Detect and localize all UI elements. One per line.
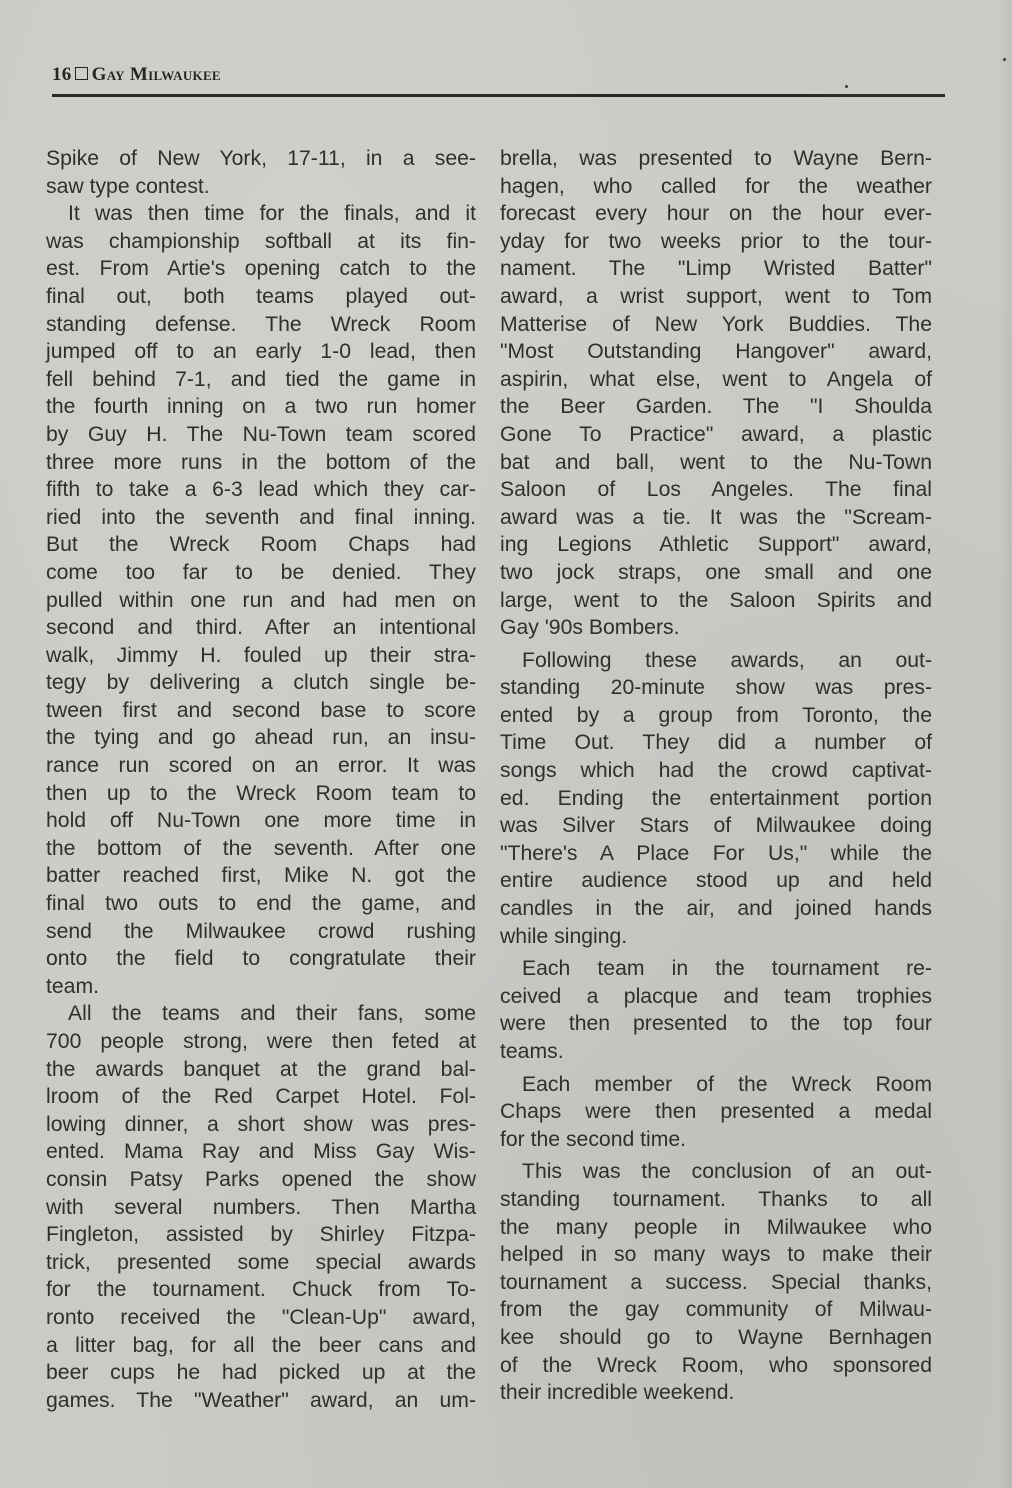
text-line: second and third. After an intentional [46, 614, 476, 642]
text-line: was championship softball at its fin- [46, 228, 476, 256]
paragraph: Each team in the tournament re- ceived a… [500, 955, 932, 1065]
text-line: entire audience stood up and held [500, 867, 932, 895]
paragraph: Spike of New York, 17-11, in a see- saw … [46, 145, 476, 200]
text-line: the Beer Garden. The "I Shoulda [500, 393, 932, 421]
text-line: rance run scored on an error. It was [46, 752, 476, 780]
paragraph: This was the conclusion of an out- stand… [500, 1158, 932, 1406]
text-line: Following these awards, an out- [500, 647, 932, 675]
text-line: three more runs in the bottom of the [46, 449, 476, 477]
paragraph: Following these awards, an out- standing… [500, 647, 932, 951]
text-line: forecast every hour on the hour ever- [500, 200, 932, 228]
text-line: aspirin, what else, went to Angela of [500, 366, 932, 394]
text-line: brella, was presented to Wayne Bern- [500, 145, 932, 173]
text-line: their incredible weekend. [500, 1379, 932, 1407]
text-line: a litter bag, for all the beer cans and [46, 1332, 476, 1360]
text-line: "There's A Place For Us," while the [500, 840, 932, 868]
text-line: games. The "Weather" award, an um- [46, 1387, 476, 1415]
text-line: tegy by delivering a clutch single be- [46, 669, 476, 697]
text-line: Gone To Practice" award, a plastic [500, 421, 932, 449]
text-line: with several numbers. Then Martha [46, 1194, 476, 1222]
text-line: kee should go to Wayne Bernhagen [500, 1324, 932, 1352]
text-line: It was then time for the finals, and it [46, 200, 476, 228]
text-line: Saloon of Los Angeles. The final [500, 476, 932, 504]
text-line: songs which had the crowd captivat- [500, 757, 932, 785]
text-line: ented. Mama Ray and Miss Gay Wis- [46, 1138, 476, 1166]
text-line: fifth to take a 6-3 lead which they car- [46, 476, 476, 504]
text-line: team. [46, 973, 476, 1001]
text-line: standing defense. The Wreck Room [46, 311, 476, 339]
text-line: nament. The "Limp Wristed Batter" [500, 255, 932, 283]
text-line: ceived a placque and team trophies [500, 983, 932, 1011]
text-line: ronto received the "Clean-Up" award, [46, 1304, 476, 1332]
text-line: from the gay community of Milwau- [500, 1296, 932, 1324]
text-line: the tying and go ahead run, an insu- [46, 724, 476, 752]
text-line: All the teams and their fans, some [46, 1000, 476, 1028]
text-line: saw type contest. [46, 173, 476, 201]
page-edge-shadow [998, 0, 1012, 1488]
text-line: of the Wreck Room, who sponsored [500, 1352, 932, 1380]
text-line: Matterise of New York Buddies. The [500, 311, 932, 339]
running-header: 16Gay Milwaukee [52, 62, 945, 98]
text-line: Gay '90s Bombers. [500, 614, 932, 642]
text-line: ed. Ending the entertainment portion [500, 785, 932, 813]
text-line: tween first and second base to score [46, 697, 476, 725]
text-line: 700 people strong, were then feted at [46, 1028, 476, 1056]
text-line: ried into the seventh and final inning. [46, 504, 476, 532]
text-line: est. From Artie's opening catch to the [46, 255, 476, 283]
text-line: yday for two weeks prior to the tour- [500, 228, 932, 256]
paragraph: It was then time for the finals, and it … [46, 200, 476, 1000]
text-line: award was a tie. It was the "Scream- [500, 504, 932, 532]
text-line: by Guy H. The Nu-Town team scored [46, 421, 476, 449]
text-line: ented by a group from Toronto, the [500, 702, 932, 730]
text-line: consin Patsy Parks opened the show [46, 1166, 476, 1194]
text-line: trick, presented some special awards [46, 1249, 476, 1277]
text-line: batter reached first, Mike N. got the [46, 862, 476, 890]
text-line: Chaps were then presented a medal [500, 1098, 932, 1126]
header-text: 16Gay Milwaukee [52, 64, 221, 86]
text-line: Time Out. They did a number of [500, 729, 932, 757]
text-line: final two outs to end the game, and [46, 890, 476, 918]
text-line: come too far to be denied. They [46, 559, 476, 587]
text-line: hold off Nu-Town one more time in [46, 807, 476, 835]
text-line: Each team in the tournament re- [500, 955, 932, 983]
text-line: bat and ball, went to the Nu-Town [500, 449, 932, 477]
text-line: beer cups he had picked up at the [46, 1359, 476, 1387]
text-line: while singing. [500, 923, 932, 951]
text-line: lowing dinner, a short show was pres- [46, 1111, 476, 1139]
text-line: two jock straps, one small and one [500, 559, 932, 587]
text-line: standing 20-minute show was pres- [500, 674, 932, 702]
text-line: the many people in Milwaukee who [500, 1214, 932, 1242]
text-line: helped in so many ways to make their [500, 1241, 932, 1269]
text-line: fell behind 7-1, and tied the game in [46, 366, 476, 394]
print-speck [1003, 58, 1006, 61]
text-line: Each member of the Wreck Room [500, 1071, 932, 1099]
text-line: large, went to the Saloon Spirits and [500, 587, 932, 615]
text-line: Spike of New York, 17-11, in a see- [46, 145, 476, 173]
publication-title: Gay Milwaukee [92, 64, 221, 85]
text-line: Fingleton, assisted by Shirley Fitzpa- [46, 1221, 476, 1249]
text-line: This was the conclusion of an out- [500, 1158, 932, 1186]
text-line: hagen, who called for the weather [500, 173, 932, 201]
text-line: award, a wrist support, went to Tom [500, 283, 932, 311]
text-line: tournament a success. Special thanks, [500, 1269, 932, 1297]
text-line: onto the field to congratulate their [46, 945, 476, 973]
paragraph: All the teams and their fans, some 700 p… [46, 1000, 476, 1414]
text-line: for the second time. [500, 1126, 932, 1154]
text-line: the bottom of the seventh. After one [46, 835, 476, 863]
text-line: then up to the Wreck Room team to [46, 780, 476, 808]
text-line: pulled within one run and had men on [46, 587, 476, 615]
text-line: was Silver Stars of Milwaukee doing [500, 812, 932, 840]
page-number: 16 [52, 64, 72, 85]
right-column: brella, was presented to Wayne Bern- hag… [500, 145, 932, 1407]
text-line: "Most Outstanding Hangover" award, [500, 338, 932, 366]
paragraph: Each member of the Wreck Room Chaps were… [500, 1071, 932, 1154]
magazine-page: 16Gay Milwaukee Spike of New York, 17-11… [0, 0, 1012, 1488]
header-rule [52, 94, 945, 97]
text-line: jumped off to an early 1-0 lead, then [46, 338, 476, 366]
text-line: final out, both teams played out- [46, 283, 476, 311]
text-line: the fourth inning on a two run homer [46, 393, 476, 421]
left-column: Spike of New York, 17-11, in a see- saw … [46, 145, 476, 1414]
text-line: candles in the air, and joined hands [500, 895, 932, 923]
text-line: But the Wreck Room Chaps had [46, 531, 476, 559]
text-line: lroom of the Red Carpet Hotel. Fol- [46, 1083, 476, 1111]
text-line: for the tournament. Chuck from To- [46, 1276, 476, 1304]
paragraph: brella, was presented to Wayne Bern- hag… [500, 145, 932, 642]
text-line: teams. [500, 1038, 932, 1066]
text-line: send the Milwaukee crowd rushing [46, 918, 476, 946]
text-line: walk, Jimmy H. fouled up their stra- [46, 642, 476, 670]
text-line: standing tournament. Thanks to all [500, 1186, 932, 1214]
text-line: ing Legions Athletic Support" award, [500, 531, 932, 559]
hollow-square-icon [75, 67, 88, 80]
text-line: were then presented to the top four [500, 1010, 932, 1038]
text-line: the awards banquet at the grand bal- [46, 1056, 476, 1084]
